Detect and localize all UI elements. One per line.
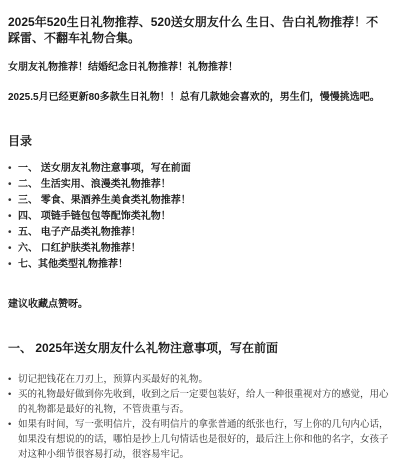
toc-item-label: 二、 生活实用、浪漫类礼物推荐！	[18, 179, 171, 190]
bullet-icon: •	[8, 387, 11, 402]
toc-item-2[interactable]: • 二、 生活实用、浪漫类礼物推荐！	[8, 177, 390, 193]
toc-item-4[interactable]: • 四、 项链手链包包等配饰类礼物！	[8, 209, 390, 225]
toc-item-label: 一、 送女朋友礼物注意事项，写在前面	[18, 163, 191, 174]
tip-item-3: • 如果有时间，写一张明信片，没有明信片的拿张普通的纸张也行，写上你的几句内心话…	[8, 417, 390, 462]
toc-item-label: 六、 口红护肤类礼物推荐！	[18, 243, 141, 254]
tips-list: • 切记把钱花在刀刃上，预算内买最好的礼物。 • 买的礼物最好做到你先收到，收到…	[8, 372, 390, 462]
toc-item-label: 七、其他类型礼物推荐！	[18, 259, 128, 270]
toc-item-1[interactable]: • 一、 送女朋友礼物注意事项，写在前面	[8, 161, 390, 177]
toc-item-5[interactable]: • 五、 电子产品类礼物推荐！	[8, 225, 390, 241]
tip-item-text: 切记把钱花在刀刃上，预算内买最好的礼物。	[18, 374, 208, 385]
bullet-icon: •	[8, 257, 12, 273]
toc-item-label: 三、 零食、果酒养生美食类礼物推荐！	[18, 195, 191, 206]
page-title: 2025年520生日礼物推荐、520送女朋友什么 生日、告白礼物推荐！不踩雷、不…	[8, 0, 390, 46]
toc-item-6[interactable]: • 六、 口红护肤类礼物推荐！	[8, 241, 390, 257]
note-text: 建议收藏点赞呀。	[8, 297, 390, 312]
bullet-icon: •	[8, 225, 12, 241]
bullet-icon: •	[8, 417, 11, 432]
article-page: 2025年520生日礼物推荐、520送女朋友什么 生日、告白礼物推荐！不踩雷、不…	[0, 0, 400, 462]
tip-item-1: • 切记把钱花在刀刃上，预算内买最好的礼物。	[8, 372, 390, 387]
intro-line-2: 2025.5月已经更新80多款生日礼物！！总有几款她会喜欢的，男生们，慢慢挑选吧…	[8, 90, 390, 105]
bullet-icon: •	[8, 372, 11, 387]
bullet-icon: •	[8, 241, 12, 257]
tip-item-2: • 买的礼物最好做到你先收到，收到之后一定要包装好，给人一种很重视对方的感觉，用…	[8, 387, 390, 417]
toc-list: • 一、 送女朋友礼物注意事项，写在前面 • 二、 生活实用、浪漫类礼物推荐！ …	[8, 161, 390, 273]
bullet-icon: •	[8, 209, 12, 225]
bullet-icon: •	[8, 161, 12, 177]
section-heading: 一、 2025年送女朋友什么礼物注意事项，写在前面	[8, 340, 390, 356]
toc-item-3[interactable]: • 三、 零食、果酒养生美食类礼物推荐！	[8, 193, 390, 209]
toc-heading: 目录	[8, 133, 390, 149]
tip-item-text: 买的礼物最好做到你先收到，收到之后一定要包装好，给人一种很重视对方的感觉，用心的…	[18, 389, 389, 415]
toc-item-label: 五、 电子产品类礼物推荐！	[18, 227, 141, 238]
toc-item-7[interactable]: • 七、其他类型礼物推荐！	[8, 257, 390, 273]
bullet-icon: •	[8, 193, 12, 209]
intro-line-1: 女朋友礼物推荐！结婚纪念日礼物推荐！礼物推荐！	[8, 60, 390, 75]
bullet-icon: •	[8, 177, 12, 193]
tip-item-text: 如果有时间，写一张明信片，没有明信片的拿张普通的纸张也行，写上你的几句内心话，如…	[18, 419, 389, 460]
toc-item-label: 四、 项链手链包包等配饰类礼物！	[18, 211, 171, 222]
